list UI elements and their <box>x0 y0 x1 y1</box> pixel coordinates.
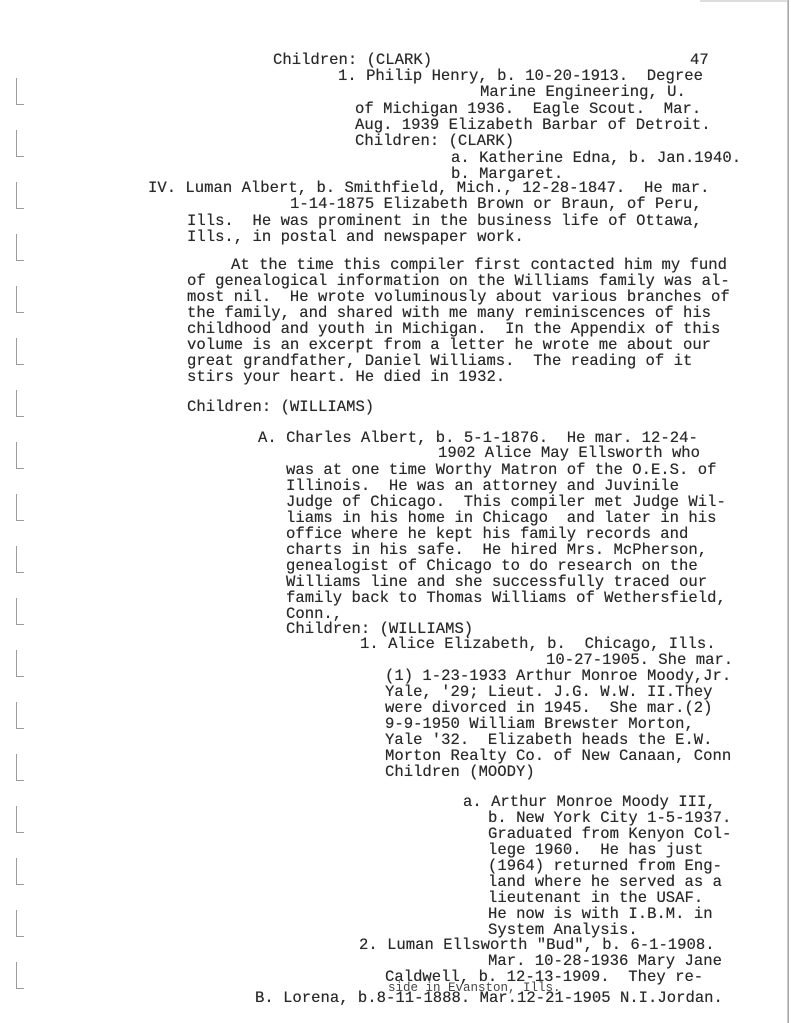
page-right-edge <box>787 0 789 1023</box>
page-top-edge <box>700 0 789 2</box>
overlapping-text-line: side in Evanston, Ills. <box>388 982 561 995</box>
binding-mark <box>16 234 24 261</box>
text-line: family back to Thomas Williams of Wether… <box>286 590 726 607</box>
binding-mark <box>16 598 24 625</box>
text-line: Marine Engineering, U. <box>480 84 686 101</box>
text-line: Children (MOODY) <box>385 764 535 781</box>
binding-mark <box>16 754 24 781</box>
binding-mark <box>16 546 24 573</box>
binding-mark <box>16 962 24 989</box>
text-line: 1902 Alice May Ellsworth who <box>438 445 700 462</box>
binding-mark <box>16 78 24 105</box>
text-line: Children: (WILLIAMS) <box>187 399 374 416</box>
text-line: Children: (CLARK) <box>355 133 514 150</box>
binding-mark <box>16 442 24 469</box>
binding-mark <box>16 702 24 729</box>
binding-mark <box>16 390 24 417</box>
binding-mark <box>16 806 24 833</box>
binding-mark <box>16 858 24 885</box>
binding-mark <box>16 286 24 313</box>
binding-mark <box>16 650 24 677</box>
binding-mark <box>16 910 24 937</box>
binding-mark <box>16 338 24 365</box>
binding-mark <box>16 130 24 157</box>
binding-mark <box>16 182 24 209</box>
text-line: stirs your heart. He died in 1932. <box>187 369 505 386</box>
text-line: 1-14-1875 Elizabeth Brown or Braun, of P… <box>290 196 702 213</box>
binding-mark <box>16 494 24 521</box>
text-line: Ills., in postal and newspaper work. <box>187 229 524 246</box>
